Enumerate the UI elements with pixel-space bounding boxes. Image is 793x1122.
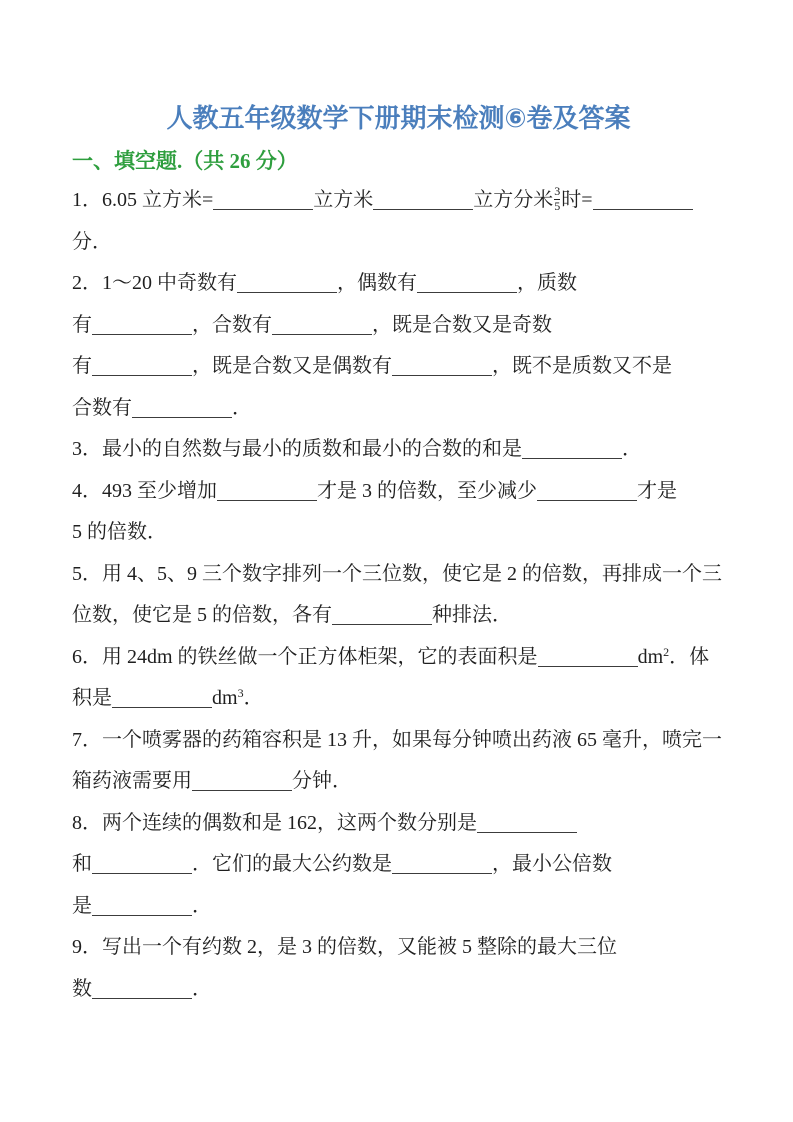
text-segment: ，既是合数又是奇数 (372, 314, 552, 336)
text-segment: 1．6.05 立方米= (72, 189, 213, 211)
text-segment: 才是 (637, 480, 677, 502)
question-line: 数． (72, 969, 725, 1011)
question-line: 6．用 24dm 的铁丝做一个正方体柜架，它的表面积是dm2．体 (72, 637, 725, 679)
fill-in-blank (593, 208, 693, 210)
fill-in-blank (92, 374, 192, 376)
text-segment: 7．一个喷雾器的药箱容积是 13 升，如果每分钟喷出药液 65 毫升，喷完一 (72, 729, 722, 751)
question-line: 3．最小的自然数与最小的质数和最小的合数的和是． (72, 429, 725, 471)
question-line: 箱药液需要用分钟． (72, 761, 725, 803)
fill-in-blank (237, 291, 337, 293)
text-segment: 立方米 (313, 189, 373, 211)
fill-in-blank (373, 208, 473, 210)
text-segment: dm (212, 687, 238, 709)
text-segment: 9．写出一个有约数 2，是 3 的倍数，又能被 5 整除的最大三位 (72, 936, 617, 958)
text-segment: 种排法． (432, 604, 512, 626)
fill-in-blank (92, 997, 192, 999)
text-segment: ，最小公倍数 (492, 853, 612, 875)
text-segment: ．它们的最大公约数是 (192, 853, 392, 875)
fill-in-blank (392, 374, 492, 376)
text-segment: 5．用 4、5、9 三个数字排列一个三位数，使它是 2 的倍数，再排成一个三 (72, 563, 722, 585)
question-line: 是． (72, 886, 725, 928)
text-segment: 分钟． (292, 770, 352, 792)
fill-in-blank (537, 499, 637, 501)
fill-in-blank (192, 789, 292, 791)
question-line: 1．6.05 立方米=立方米立方分米35时= (72, 180, 725, 222)
fill-in-blank (112, 706, 212, 708)
text-segment: ． (192, 978, 212, 1000)
questions-area: 1．6.05 立方米=立方米立方分米35时=分．2．1～20 中奇数有，偶数有，… (72, 180, 725, 1010)
question-line: 4．493 至少增加才是 3 的倍数，至少减少才是 (72, 471, 725, 513)
fill-in-blank (417, 291, 517, 293)
text-segment: ，偶数有 (337, 272, 417, 294)
text-segment: 8．两个连续的偶数和是 162，这两个数分别是 (72, 812, 477, 834)
text-segment: 立方分米 (473, 189, 553, 211)
question-line: 积是dm3． (72, 678, 725, 720)
fill-in-blank (332, 623, 432, 625)
fill-in-blank (272, 333, 372, 335)
text-segment: 位数，使它是 5 的倍数，各有 (72, 604, 332, 626)
section-heading: 一、填空题.（共 26 分） (72, 148, 725, 174)
text-segment: 和 (72, 853, 92, 875)
question-line: 位数，使它是 5 的倍数，各有种排法． (72, 595, 725, 637)
text-segment: 4．493 至少增加 (72, 480, 217, 502)
text-segment: 数 (72, 978, 92, 1000)
text-segment: 6．用 24dm 的铁丝做一个正方体柜架，它的表面积是 (72, 646, 538, 668)
text-segment: 2．1～20 中奇数有 (72, 272, 237, 294)
text-segment: 时= (561, 189, 592, 211)
text-segment: 有 (72, 355, 92, 377)
text-segment: 是 (72, 895, 92, 917)
fill-in-blank (132, 416, 232, 418)
text-segment: ． (244, 687, 264, 709)
text-segment: ． (192, 895, 212, 917)
fraction-numerator: 3 (554, 185, 560, 199)
document-page: 人教五年级数学下册期末检测⑥卷及答案 一、填空题.（共 26 分） 1．6.05… (0, 0, 793, 1122)
text-segment: ，既是合数又是偶数有 (192, 355, 392, 377)
question-line: 7．一个喷雾器的药箱容积是 13 升，如果每分钟喷出药液 65 毫升，喷完一 (72, 720, 725, 762)
fill-in-blank (522, 457, 622, 459)
text-segment: ，质数 (517, 272, 577, 294)
document-title: 人教五年级数学下册期末检测⑥卷及答案 (72, 100, 725, 136)
fraction-denominator: 5 (554, 199, 560, 214)
text-segment: 合数有 (72, 397, 132, 419)
fill-in-blank (92, 914, 192, 916)
text-segment: 积是 (72, 687, 112, 709)
question-line: 5 的倍数． (72, 512, 725, 554)
text-segment: 才是 3 的倍数，至少减少 (317, 480, 537, 502)
question-line: 和．它们的最大公约数是，最小公倍数 (72, 844, 725, 886)
fill-in-blank (392, 872, 492, 874)
fill-in-blank (213, 208, 313, 210)
question-line: 8．两个连续的偶数和是 162，这两个数分别是 (72, 803, 725, 845)
text-segment: 有 (72, 314, 92, 336)
text-segment: ，合数有 (192, 314, 272, 336)
question-line: 9．写出一个有约数 2，是 3 的倍数，又能被 5 整除的最大三位 (72, 927, 725, 969)
text-segment: ． (622, 438, 642, 460)
text-segment: 箱药液需要用 (72, 770, 192, 792)
question-line: 有，既是合数又是偶数有，既不是质数又不是 (72, 346, 725, 388)
text-segment: 5 的倍数． (72, 521, 167, 543)
text-segment: 3．最小的自然数与最小的质数和最小的合数的和是 (72, 438, 522, 460)
text-segment: ，既不是质数又不是 (492, 355, 672, 377)
question-line: 合数有． (72, 388, 725, 430)
fill-in-blank (92, 872, 192, 874)
text-segment: ． (232, 397, 252, 419)
text-segment: 分． (72, 231, 112, 253)
question-line: 有，合数有，既是合数又是奇数 (72, 305, 725, 347)
fraction: 35 (554, 185, 560, 214)
question-line: 5．用 4、5、9 三个数字排列一个三位数，使它是 2 的倍数，再排成一个三 (72, 554, 725, 596)
text-segment: ．体 (669, 646, 709, 668)
fill-in-blank (217, 499, 317, 501)
text-segment: dm (638, 646, 664, 668)
fill-in-blank (538, 665, 638, 667)
fill-in-blank (477, 831, 577, 833)
question-line: 2．1～20 中奇数有，偶数有，质数 (72, 263, 725, 305)
fill-in-blank (92, 333, 192, 335)
question-line: 分． (72, 222, 725, 264)
